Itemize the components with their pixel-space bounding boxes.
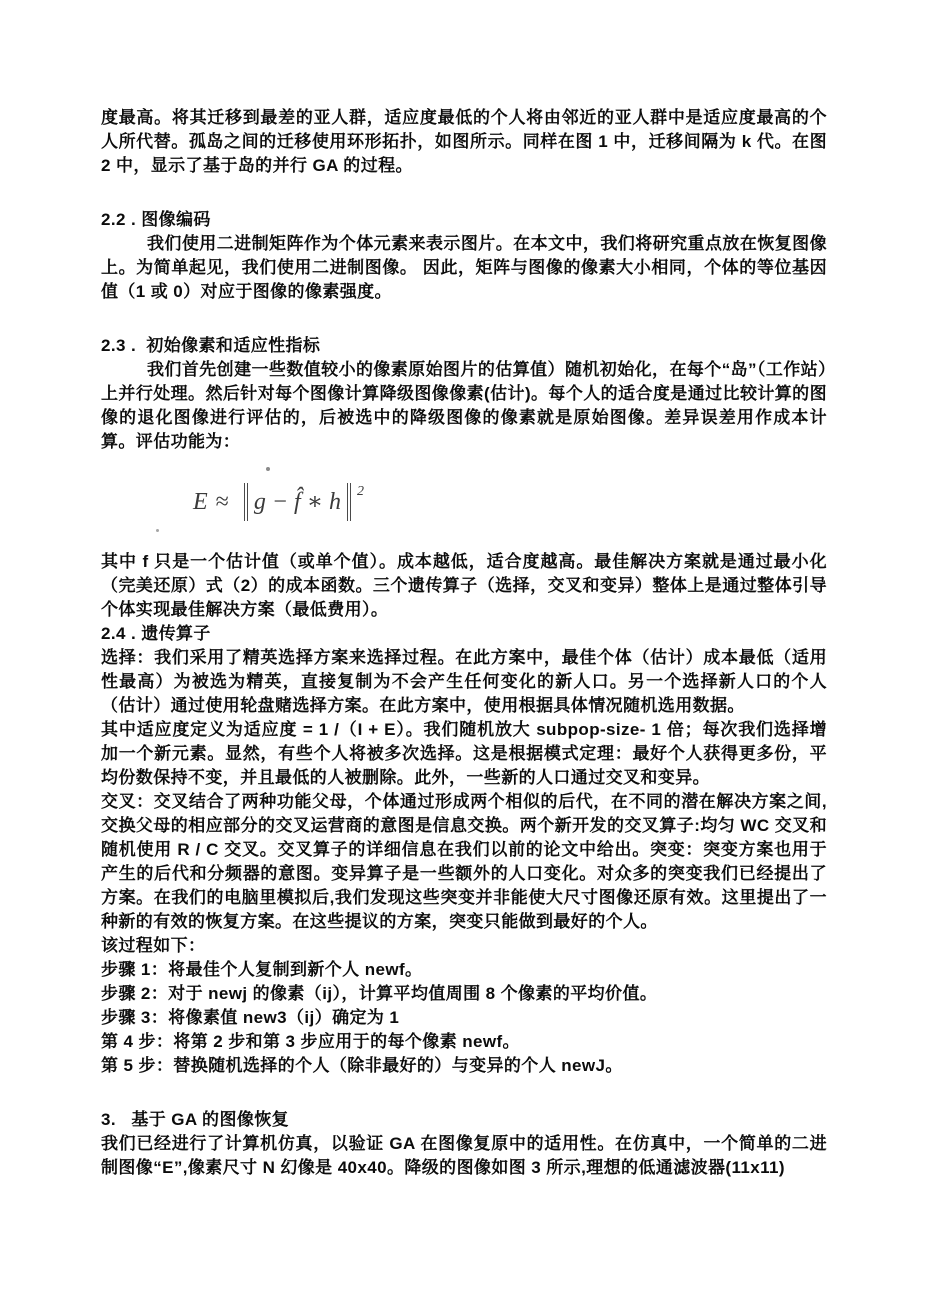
formula-exponent: 2: [357, 480, 364, 504]
formula-lhs: E: [193, 490, 208, 514]
formula-body: g − f̂ ∗ h: [253, 490, 342, 514]
norm-open-bars: [244, 483, 248, 521]
formula-relation: ≈: [216, 490, 229, 514]
fitness-paragraph: 其中适应度定义为适应度 = 1 /（I + E）。我们随机放大 subpop-s…: [101, 718, 827, 790]
scan-artifact-dot: [156, 529, 159, 532]
section-2-4-heading: 2.4 . 遗传算子: [101, 622, 827, 646]
section-3-heading: 3. 基于 GA 的图像恢复: [101, 1108, 827, 1132]
scan-artifact-dot: [266, 467, 270, 471]
section-3-body: 我们已经进行了计算机仿真，以验证 GA 在图像复原中的适用性。在仿真中，一个简单…: [101, 1132, 827, 1180]
section-2-2-heading: 2.2 . 图像编码: [101, 208, 827, 232]
step-3-line: 步骤 3：将像素值 new3（ij）确定为 1: [101, 1006, 827, 1030]
selection-paragraph: 选择：我们采用了精英选择方案来选择过程。在此方案中，最佳个体（估计）成本最低（适…: [101, 646, 827, 718]
crossover-mutation-paragraph: 交叉：交叉结合了两种功能父母，个体通过形成两个相似的后代，在不同的潜在解决方案之…: [101, 790, 827, 934]
section-2-3-body: 我们首先创建一些数值较小的像素原始图片的估算值）随机初始化，在每个“岛”（工作站…: [101, 358, 827, 454]
section-2-3-heading: 2.3 . 初始像素和适应性指标: [101, 334, 827, 358]
step-5-line: 第 5 步：替换随机选择的个人（除非最好的）与变异的个人 newJ。: [101, 1054, 827, 1078]
step-1-line: 步骤 1：将最佳个人复制到新个人 newf。: [101, 958, 827, 982]
step-4-line: 第 4 步：将第 2 步和第 3 步应用于的每个像素 newf。: [101, 1030, 827, 1054]
section-2-2-body: 我们使用二进制矩阵作为个体元素来表示图片。在本文中，我们将研究重点放在恢复图像上…: [101, 232, 827, 304]
norm-close-bars: [347, 483, 351, 521]
evaluation-formula: E ≈ g − f̂ ∗ h 2: [101, 454, 827, 550]
section-2-3-after-formula: 其中 f 只是一个估计值（或单个值）。成本越低，适合度越高。最佳解决方案就是通过…: [101, 550, 827, 622]
document-page: 度最高。将其迁移到最差的亚人群，适应度最低的个人将由邻近的亚人群中是适应度最高的…: [0, 0, 926, 1309]
step-2-line: 步骤 2：对于 newj 的像素（ij），计算平均值周围 8 个像素的平均价值。: [101, 982, 827, 1006]
intro-paragraph: 度最高。将其迁移到最差的亚人群，适应度最低的个人将由邻近的亚人群中是适应度最高的…: [101, 106, 827, 178]
procedure-intro-line: 该过程如下：: [101, 934, 827, 958]
